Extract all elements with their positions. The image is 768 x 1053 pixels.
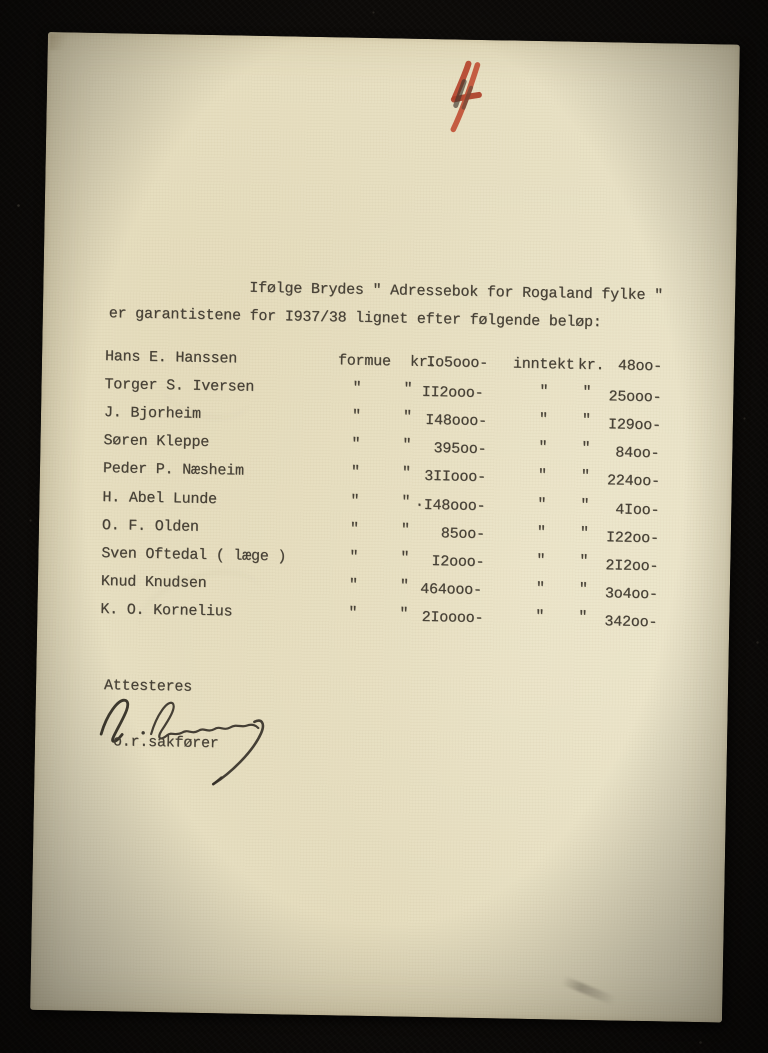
formue-amount: I48ooo- [415, 411, 487, 432]
formue-amount: II2ooo- [411, 382, 483, 403]
formue-amount: ·I48ooo- [413, 495, 485, 516]
formue-column-label: formue [338, 351, 391, 372]
signer-title: o.r.sakfører [113, 732, 219, 754]
ditto-mark: " [349, 548, 358, 568]
ditto-mark: " [402, 436, 411, 456]
photo-background: Ifølge Brydes " Adressebok for Rogaland … [0, 0, 768, 1053]
ditto-mark: " [350, 519, 359, 539]
formue-amount: I2ooo- [412, 552, 484, 573]
ditto-mark: " [400, 548, 409, 568]
garantor-name: H. Abel Lunde [102, 488, 217, 510]
inntekt-amount: I29oo- [589, 415, 661, 436]
ditto-mark: " [351, 435, 360, 455]
ditto-mark: " [536, 579, 545, 599]
ditto-mark: " [537, 495, 546, 515]
ditto-mark: " [352, 407, 361, 427]
ditto-mark: " [401, 520, 410, 540]
inntekt-amount: 3o4oo- [586, 584, 658, 605]
ditto-mark: " [539, 382, 548, 402]
ditto-mark: " [535, 607, 544, 627]
inntekt-amount: 48oo- [590, 355, 662, 376]
garantor-name: Torger S. Iversen [104, 375, 254, 398]
ditto-mark: " [403, 407, 412, 427]
garantor-name: Sven Oftedal ( læge ) [101, 544, 286, 567]
document-page: Ifølge Brydes " Adressebok for Rogaland … [30, 32, 740, 1023]
ditto-mark: " [348, 604, 357, 624]
inntekt-amount: 4Ioo- [587, 499, 659, 520]
garantor-name: Knud Knudsen [101, 572, 207, 594]
ditto-mark: " [401, 492, 410, 512]
inntekt-amount: I22oo- [587, 528, 659, 549]
inntekt-column-label: inntekt [513, 354, 575, 375]
formue-amount: Io5ooo- [416, 352, 488, 373]
ditto-mark: " [537, 523, 546, 543]
garantor-name: Hans E. Hanssen [105, 347, 237, 369]
garantor-name: Peder P. Næsheim [103, 459, 244, 482]
ditto-mark: " [538, 466, 547, 486]
inntekt-amount: 2I2oo- [586, 556, 658, 577]
inntekt-amount: 25ooo- [589, 387, 661, 408]
ditto-mark: " [351, 463, 360, 483]
ditto-mark: " [538, 438, 547, 458]
ditto-mark: " [399, 605, 408, 625]
ditto-mark: " [402, 464, 411, 484]
ditto-mark: " [536, 551, 545, 571]
ditto-mark: " [400, 577, 409, 597]
inntekt-amount: 84oo- [587, 443, 659, 464]
formue-amount: 464ooo- [410, 580, 482, 601]
formue-amount: 3IIooo- [414, 467, 486, 488]
ditto-mark: " [349, 576, 358, 596]
ditto-mark: " [350, 491, 359, 511]
ditto-mark: " [539, 410, 548, 430]
dust-specks [0, 0, 1, 1]
garantor-name: O. F. Olden [102, 516, 199, 538]
inntekt-amount: 342oo- [585, 612, 657, 633]
garantor-name: K. O. Kornelius [100, 600, 232, 622]
garantor-table: Hans E. Hanssenformuekr.Io5ooo-inntektkr… [30, 32, 740, 1023]
garantor-name: Søren Kleppe [103, 431, 209, 453]
garantor-name: J. Bjorheim [104, 403, 201, 425]
inntekt-amount: 224oo- [588, 471, 660, 492]
formue-amount: 85oo- [413, 523, 485, 544]
ditto-mark: " [352, 378, 361, 398]
formue-amount: 2Ioooo- [411, 608, 483, 629]
formue-amount: 395oo- [414, 439, 486, 460]
